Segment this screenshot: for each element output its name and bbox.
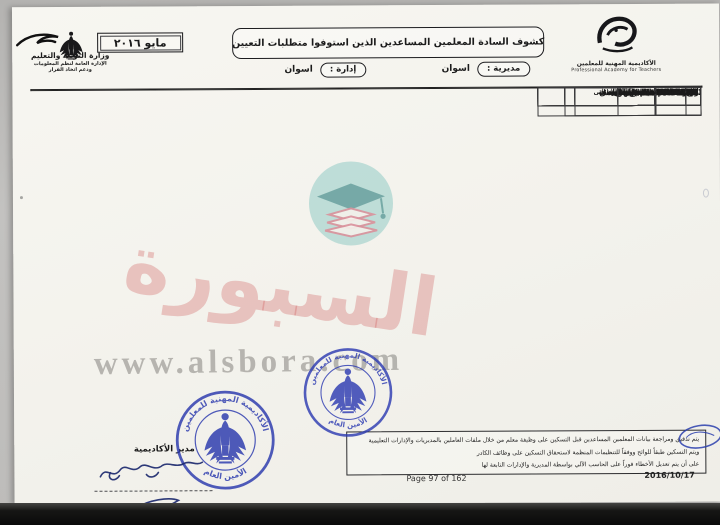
document-page: وزارة التربية والتعليم الإدارة العامة لن… bbox=[12, 4, 720, 506]
administration-label: إدارة : bbox=[320, 62, 367, 77]
directorate-value: اسوان bbox=[442, 64, 470, 74]
directorate-row: مديرية : اسوان bbox=[380, 59, 530, 80]
ministry-logo-text: وزارة التربية والتعليم الإدارة العامة لن… bbox=[14, 51, 126, 74]
pen-circle-annotation bbox=[676, 422, 720, 452]
ministry-dept-line2: ودعم اتخاذ القرار bbox=[14, 67, 126, 74]
academy-logo-block: الأكاديمية المهنية للمعلمين Professional… bbox=[557, 14, 675, 74]
scanner-bottom-strip bbox=[0, 503, 720, 525]
scan-speck bbox=[20, 196, 23, 199]
academy-name-english: Professional Academy for Teachers bbox=[557, 68, 675, 74]
scanned-document: { "header": { "ministry": { "line1": "وز… bbox=[0, 0, 720, 525]
report-month: مايو ٢٠١٦ bbox=[98, 33, 182, 51]
academy-seal-stamp: الأكاديمية المهنية للمعلمين الأمين العام bbox=[301, 345, 395, 439]
watermark-graduation-logo-icon bbox=[301, 157, 402, 266]
watermark-brand-text: السبورة bbox=[119, 223, 442, 350]
specialization: معلم مجال زراعى ابتدائى bbox=[564, 87, 701, 106]
note-line: يتم تدقيق ومراجعة بيانات المعلمين المساع… bbox=[353, 434, 699, 448]
page-number-indicator: Page 97 of 162 bbox=[406, 474, 466, 483]
academy-calligraphy-icon bbox=[591, 14, 641, 56]
administration-value: اسوان bbox=[284, 65, 312, 75]
print-date: 2016/10/17 bbox=[644, 471, 694, 480]
administration-row: إدارة : اسوان bbox=[248, 59, 366, 80]
academy-name-arabic: الأكاديمية المهنية للمعلمين bbox=[557, 60, 675, 68]
stamp-ring-text-bottom: الأمين العام bbox=[328, 415, 369, 429]
report-title-box: كشوف السادة المعلمين المساعدين الذين است… bbox=[232, 26, 544, 59]
directorate-label: مديرية : bbox=[477, 61, 530, 76]
pen-checkmark bbox=[15, 30, 61, 50]
report-title: كشوف السادة المعلمين المساعدين الذين است… bbox=[232, 36, 544, 49]
footer-note-box: يتم تدقيق ومراجعة بيانات المعلمين المساع… bbox=[346, 430, 706, 476]
report-month-box: مايو ٢٠١٦ bbox=[97, 32, 183, 52]
pen-small-mark bbox=[703, 189, 709, 198]
svg-text:الأمين العام: الأمين العام bbox=[328, 415, 369, 429]
teachers-table: مكود المعلمالاسم رباعيتاريخ التعاقدجهة ا… bbox=[30, 86, 702, 92]
